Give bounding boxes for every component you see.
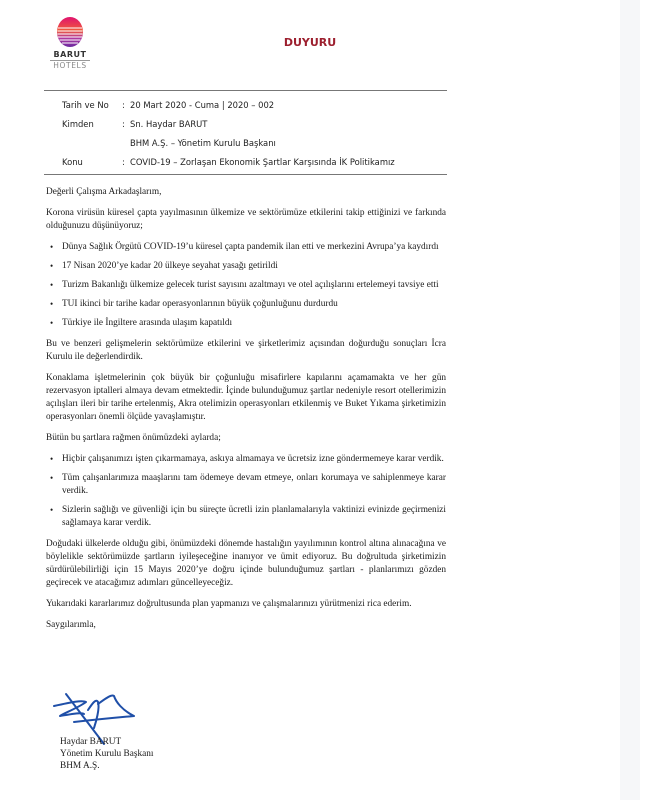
sun-logo-icon xyxy=(56,16,84,48)
colon: : xyxy=(122,100,130,110)
from-label: Kimden xyxy=(62,119,122,129)
developments-list: Dünya Sağlık Örgütü COVID-19’u küresel ç… xyxy=(46,241,446,330)
letter-body: Değerli Çalışma Arkadaşlarım, Korona vir… xyxy=(46,186,446,640)
list-item: Türkiye ile İngiltere arasında ulaşım ka… xyxy=(62,317,446,330)
barut-hotels-logo: BARUT HOTELS xyxy=(50,16,90,70)
impact-paragraph: Konaklama işletmelerinin çok büyük bir ç… xyxy=(46,372,446,424)
list-item: Dünya Sağlık Örgütü COVID-19’u küresel ç… xyxy=(62,241,446,254)
meta-subject-row: Konu : COVID-19 – Zorlaşan Ekonomik Şart… xyxy=(62,152,395,171)
closing: Saygılarımla, xyxy=(46,619,446,632)
logo-brand-text: BARUT xyxy=(50,50,90,61)
subject-label: Konu xyxy=(62,157,122,167)
signer-company: BHM A.Ş. xyxy=(60,760,153,772)
colon: : xyxy=(122,119,130,129)
from-value: Sn. Haydar BARUT xyxy=(130,119,207,129)
outlook-paragraph: Doğudaki ülkelerde olduğu gibi, önümüzde… xyxy=(46,538,446,590)
decisions-list: Hiçbir çalışanımızı işten çıkarmamaya, a… xyxy=(46,453,446,530)
request-paragraph: Yukarıdaki kararlarımız doğrultusunda pl… xyxy=(46,598,446,611)
date-value: 20 Mart 2020 - Cuma | 2020 – 002 xyxy=(130,100,274,110)
colon: : xyxy=(122,157,130,167)
signer-name: Haydar BARUT xyxy=(60,736,153,748)
decisions-intro: Bütün bu şartlara rağmen önümüzdeki ayla… xyxy=(46,432,446,445)
evaluation-paragraph: Bu ve benzeri gelişmelerin sektörümüze e… xyxy=(46,338,446,364)
signer-role: Yönetim Kurulu Başkanı xyxy=(60,748,153,760)
signer-block: Haydar BARUT Yönetim Kurulu Başkanı BHM … xyxy=(60,736,153,772)
greeting: Değerli Çalışma Arkadaşlarım, xyxy=(46,186,446,199)
list-item: TUI ikinci bir tarihe kadar operasyonlar… xyxy=(62,298,446,311)
header-bottom-divider xyxy=(44,174,447,175)
meta-from-row: Kimden : Sn. Haydar BARUT xyxy=(62,114,395,133)
from-title-value: BHM A.Ş. – Yönetim Kurulu Başkanı xyxy=(130,138,276,148)
list-item: Tüm çalışanlarımıza maaşlarını tam ödeme… xyxy=(62,472,446,498)
meta-date-row: Tarih ve No : 20 Mart 2020 - Cuma | 2020… xyxy=(62,95,395,114)
date-label: Tarih ve No xyxy=(62,100,122,110)
logo-sub-text: HOTELS xyxy=(50,61,90,70)
document-title: DUYURU xyxy=(245,36,375,49)
viewer-side-strip xyxy=(620,0,640,800)
document-page: BARUT HOTELS DUYURU Tarih ve No : 20 Mar… xyxy=(0,0,620,800)
list-item: 17 Nisan 2020’ye kadar 20 ülkeye seyahat… xyxy=(62,260,446,273)
list-item: Hiçbir çalışanımızı işten çıkarmamaya, a… xyxy=(62,453,446,466)
header-top-divider xyxy=(44,90,447,91)
intro-paragraph: Korona virüsün küresel çapta yayılmasını… xyxy=(46,207,446,233)
list-item: Sizlerin sağlığı ve güvenliği için bu sü… xyxy=(62,504,446,530)
list-item: Turizm Bakanlığı ülkemize gelecek turist… xyxy=(62,279,446,292)
subject-value: COVID-19 – Zorlaşan Ekonomik Şartlar Kar… xyxy=(130,157,395,167)
meta-from-row-2: BHM A.Ş. – Yönetim Kurulu Başkanı xyxy=(62,133,395,152)
memo-header: Tarih ve No : 20 Mart 2020 - Cuma | 2020… xyxy=(62,95,395,171)
